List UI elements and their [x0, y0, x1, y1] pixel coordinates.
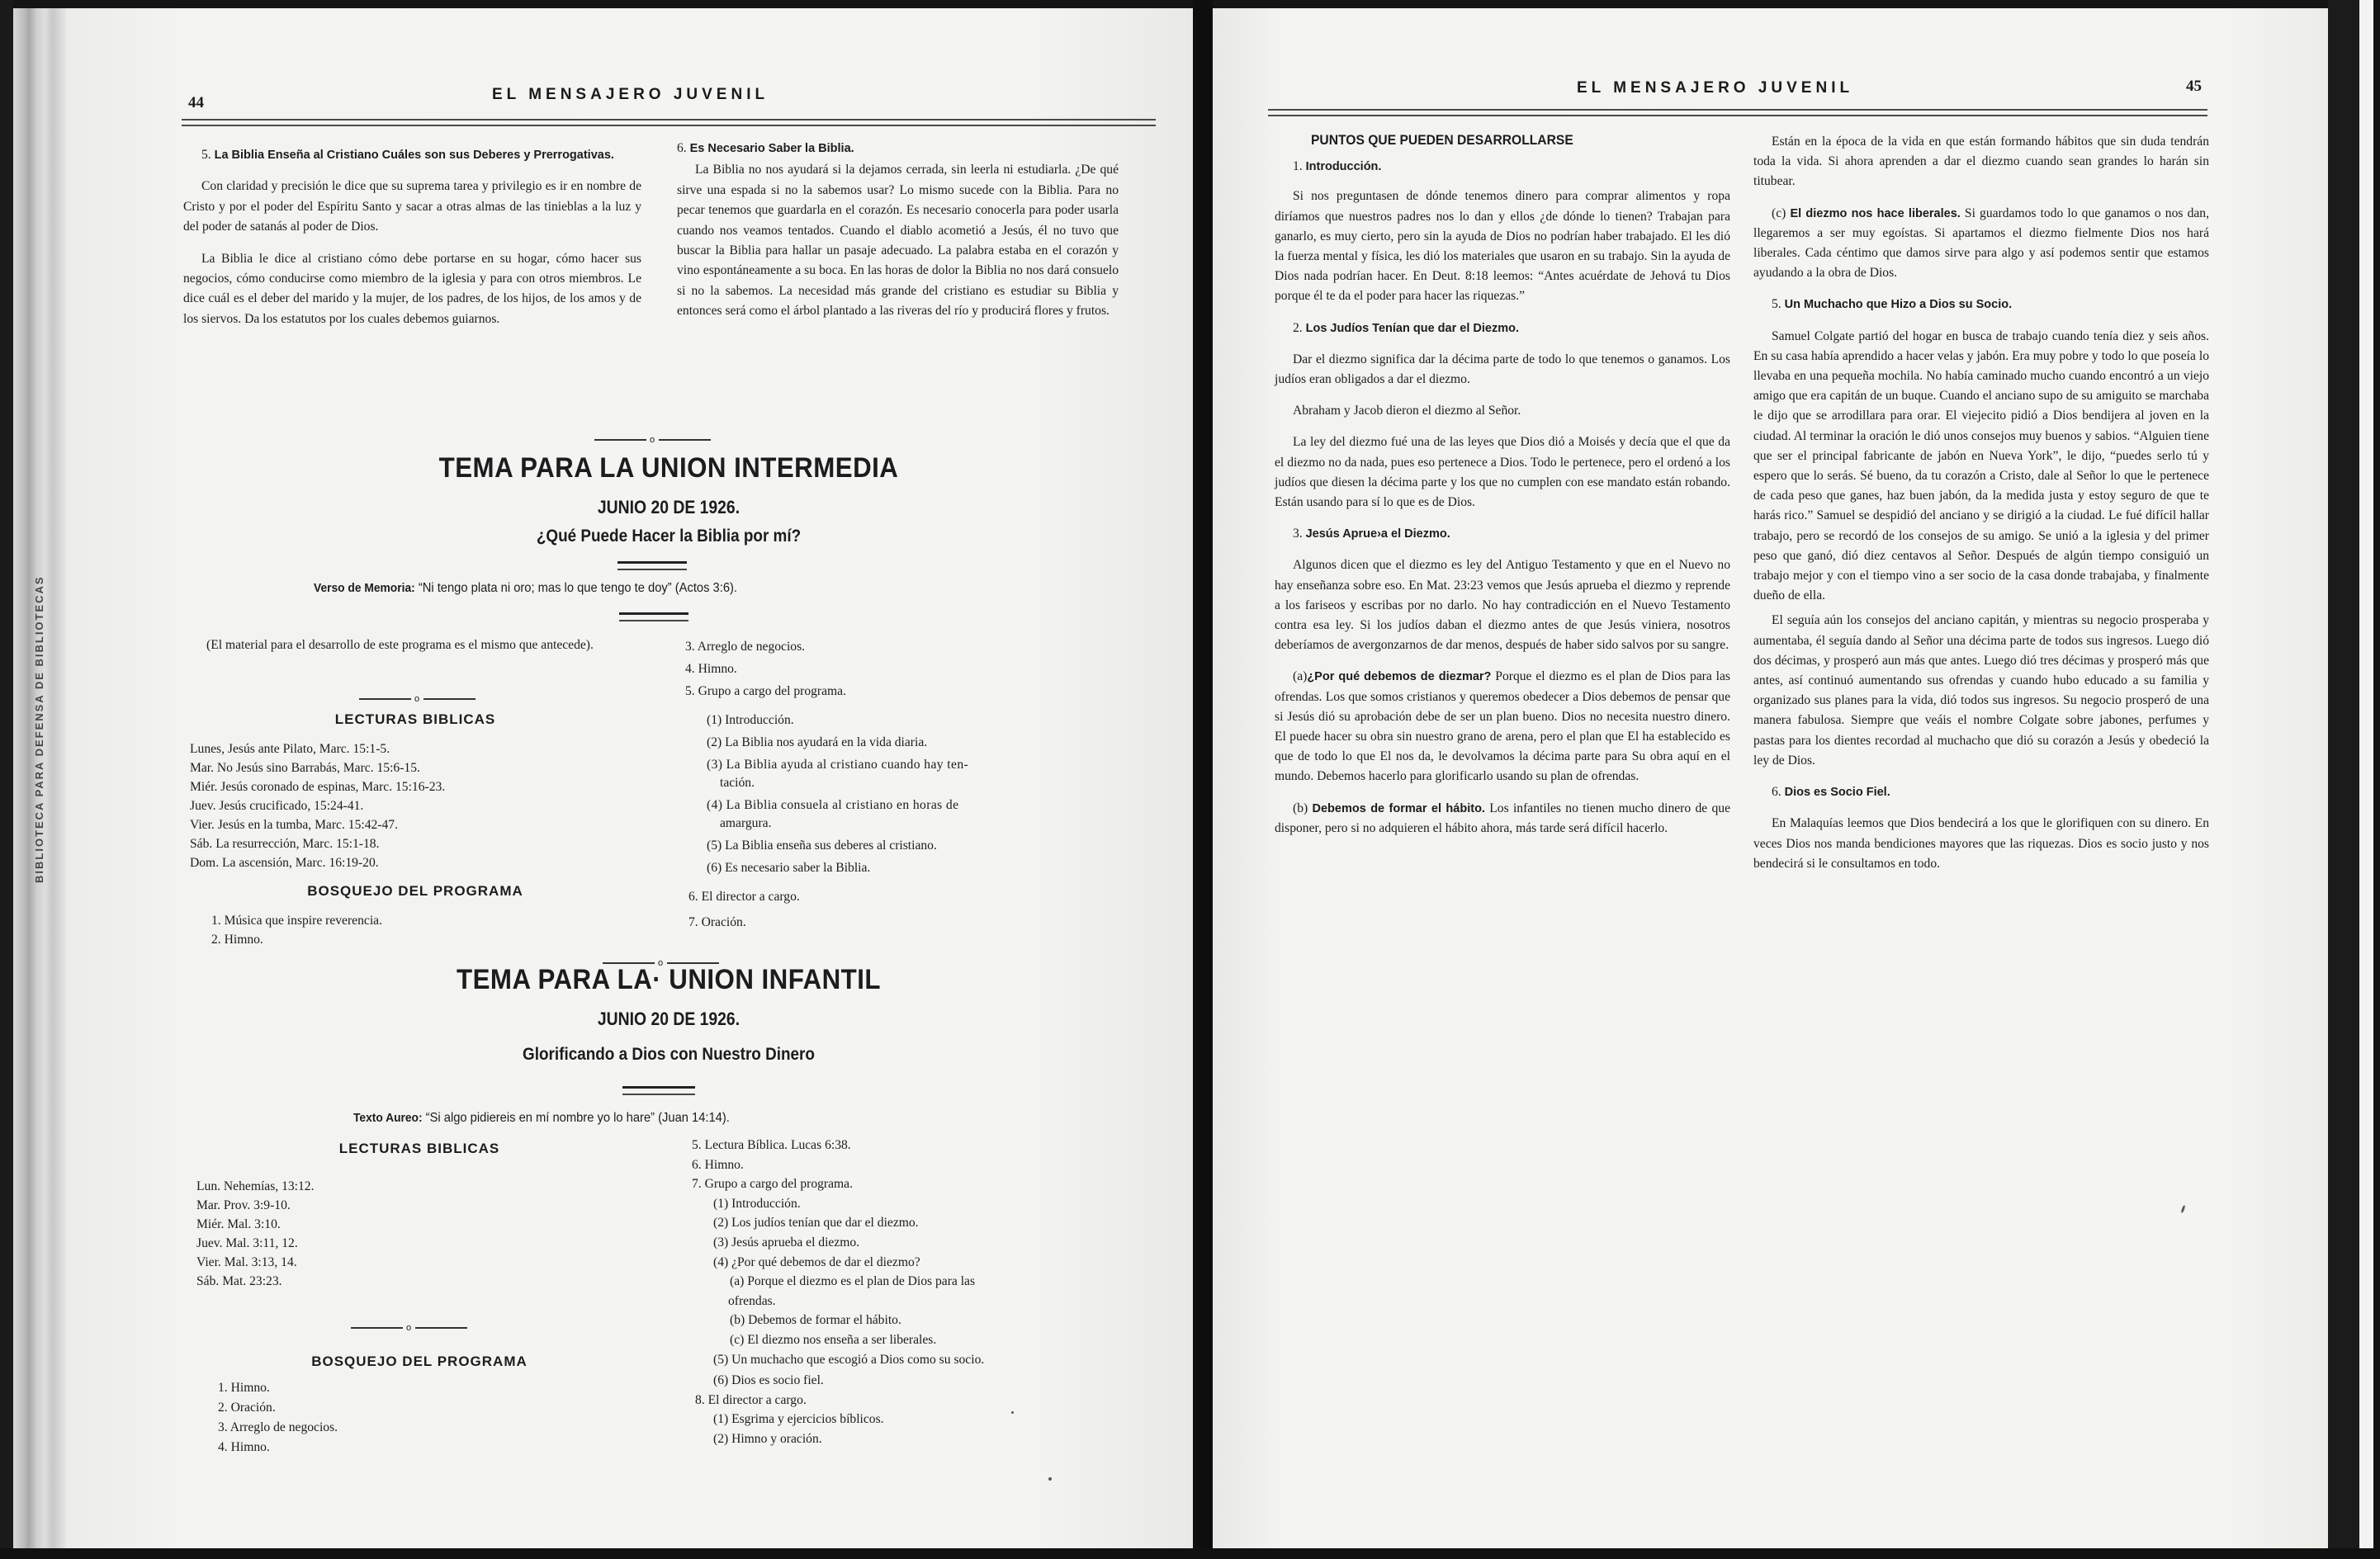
binding-stamp-text: BIBLIOTECA PARA DEFENSA DE BIBLIOTECAS	[33, 388, 50, 883]
infantil-subtitle: Glorificando a Dios con Nuestro Dinero	[230, 1045, 1107, 1065]
infantil-readings-list: Lun. Nehemías, 13:12. Mar. Prov. 3:9-10.…	[196, 1177, 314, 1291]
intermedia-subtitle: ¿Qué Puede Hacer la Biblia por mí?	[230, 527, 1107, 546]
paragraph: Están en la época de la vida en que está…	[1753, 132, 2209, 192]
outline-subitem: (1) Introducción.	[692, 1194, 984, 1214]
outline-subitem: (2) Los judíos tenían que dar el diezmo.	[692, 1213, 984, 1233]
section-heading: 6. Es Necesario Saber la Biblia.	[677, 139, 1119, 158]
infantil-outline-left: 1. Himno. 2. Oración. 3. Arreglo de nego…	[218, 1378, 338, 1457]
infantil-outline-right: 5. Lectura Bíblica. Lucas 6:38. 6. Himno…	[692, 1136, 984, 1449]
section-heading: 1. Introducción.	[1275, 157, 1730, 177]
scan-edge-left	[0, 0, 13, 1559]
paragraph: Samuel Colgate partió del hogar en busca…	[1753, 327, 2209, 607]
reading-item: Sáb. La resurrección, Marc. 15:1-18.	[190, 834, 445, 853]
intermedia-outline-title: BOSQUEJO DEL PROGRAMA	[188, 883, 642, 900]
paragraph: Con claridad y precisión le dice que su …	[183, 177, 641, 237]
reading-item: Miér. Jesús coronado de espinas, Marc. 1…	[190, 777, 445, 796]
intermedia-title: TEMA PARA LA UNION INTERMEDIA	[220, 452, 1117, 484]
outline-subitem: (5) La Biblia enseña sus deberes al cris…	[685, 834, 968, 857]
outline-item: 7. Grupo a cargo del programa.	[692, 1174, 984, 1194]
separator-ornament: o	[355, 692, 479, 705]
page-number-right: 45	[2186, 78, 2202, 96]
outline-item: 1. Música que inspire reverencia.	[211, 911, 382, 930]
reading-item: Juev. Jesús crucificado, 15:24-41.	[190, 796, 445, 815]
outline-subitem: (1) Introducción.	[685, 709, 968, 731]
outline-subitem: (4) ¿Por qué debemos de dar el diezmo?	[692, 1253, 984, 1273]
infantil-title: TEMA PARA LA· UNION INFANTIL	[220, 964, 1117, 996]
scan-speck	[1048, 1477, 1052, 1481]
outline-item: 8. El director a cargo.	[692, 1391, 984, 1410]
reading-item: Mar. Prov. 3:9-10.	[196, 1196, 314, 1215]
intermedia-outline-right: 3. Arreglo de negocios. 4. Himno. 5. Gru…	[685, 635, 968, 933]
reading-item: Lun. Nehemías, 13:12.	[196, 1177, 314, 1196]
outline-subitem: (6) Dios es socio fiel.	[692, 1371, 984, 1391]
reading-item: Mar. No Jesús sino Barrabás, Marc. 15:6-…	[190, 758, 445, 777]
running-head-right: EL MENSAJERO JUVENIL	[1577, 79, 1853, 97]
page-number-left: 44	[188, 94, 204, 112]
item-c-paragraph: (c) El diezmo nos hace liberales. Si gua…	[1753, 204, 2209, 284]
reading-item: Lunes, Jesús ante Pilato, Marc. 15:1-5.	[190, 739, 445, 758]
points-title: PUNTOS QUE PUEDEN DESARROLLARSE	[1311, 130, 1696, 150]
scan-speck	[1011, 1411, 1014, 1414]
reading-item: Sáb. Mat. 23:23.	[196, 1272, 314, 1291]
item-a-paragraph: (a)¿Por qué debemos de diezmar? Porque e…	[1275, 667, 1730, 787]
right-page-right-column: Están en la época de la vida en que está…	[1753, 132, 2209, 886]
outline-item: 6. Himno.	[692, 1155, 984, 1175]
section-heading: 6. Dios es Socio Fiel.	[1753, 782, 2209, 802]
infantil-date: JUNIO 20 DE 1926.	[240, 1009, 1097, 1030]
section-heading: 5. La Biblia Enseña al Cristiano Cuáles …	[183, 145, 641, 165]
paragraph: Algunos dicen que el diezmo es ley del A…	[1275, 555, 1730, 655]
right-page-left-column: PUNTOS QUE PUEDEN DESARROLLARSE 1. Intro…	[1275, 130, 1730, 850]
header-rule-left	[182, 119, 1156, 126]
outline-item: 4. Himno.	[685, 658, 968, 680]
outline-item: 7. Oración.	[685, 911, 968, 933]
header-rule-right	[1268, 109, 2207, 116]
paragraph: Si nos preguntasen de dónde tenemos dine…	[1275, 187, 1730, 306]
outline-subsubitem: (a) Porque el diezmo es el plan de Dios …	[692, 1272, 984, 1292]
outline-item: 3. Arreglo de negocios.	[218, 1418, 338, 1438]
intermedia-date: JUNIO 20 DE 1926.	[240, 497, 1097, 518]
outline-item: 4. Himno.	[218, 1438, 338, 1457]
outline-item: 5. Grupo a cargo del programa.	[685, 680, 968, 702]
separator-ornament: o	[347, 1320, 471, 1334]
paragraph: La ley del diezmo fué una de las leyes q…	[1275, 432, 1730, 513]
infantil-readings-title: LECTURAS BIBLICAS	[188, 1141, 651, 1157]
item-b-paragraph: (b) Debemos de formar el hábito. Los inf…	[1275, 799, 1730, 839]
intermedia-readings-list: Lunes, Jesús ante Pilato, Marc. 15:1-5. …	[190, 739, 445, 872]
reading-item: Dom. La ascensión, Marc. 16:19-20.	[190, 853, 445, 872]
outline-subitem: (1) Esgrima y ejercicios bíblicos.	[692, 1410, 984, 1429]
scan-edge-bottom	[0, 1548, 2380, 1559]
running-head-left: EL MENSAJERO JUVENIL	[492, 86, 769, 104]
outline-subsubitem: (b) Debemos de formar el hábito.	[692, 1311, 984, 1330]
memory-verse: Verso de Memoria: “Ni tengo plata ni oro…	[314, 581, 737, 596]
outline-item: 2. Oración.	[218, 1398, 338, 1418]
intermedia-outline-left: 1. Música que inspire reverencia. 2. Him…	[211, 911, 382, 949]
scan-edge-right-strip	[2359, 0, 2373, 1559]
reading-item: Vier. Jesús en la tumba, Marc. 15:42-47.	[190, 815, 445, 834]
outline-item: 1. Himno.	[218, 1378, 338, 1398]
outline-subitem: (6) Es necesario saber la Biblia.	[685, 857, 968, 879]
paragraph: La Biblia le dice al cristiano cómo debe…	[183, 249, 641, 330]
paragraph: El seguía aún los consejos del anciano c…	[1753, 611, 2209, 771]
paragraph: Abraham y Jacob dieron el diezmo al Seño…	[1275, 401, 1730, 421]
ornament-bar	[619, 612, 688, 621]
outline-item: 5. Lectura Bíblica. Lucas 6:38.	[692, 1136, 984, 1155]
separator-ornament: o	[590, 432, 714, 446]
outline-subitem: (2) Himno y oración.	[692, 1429, 984, 1449]
outline-item: 2. Himno.	[211, 930, 382, 949]
outline-subsubitem-cont: ofrendas.	[692, 1292, 984, 1311]
section-heading: 3. Jesús Aprue›a el Diezmo.	[1275, 524, 1730, 544]
infantil-outline-title: BOSQUEJO DEL PROGRAMA	[188, 1353, 651, 1370]
outline-subitem: (2) La Biblia nos ayudará en la vida dia…	[685, 731, 968, 754]
outline-item: 3. Arreglo de negocios.	[685, 635, 968, 658]
section-heading: 5. Un Muchacho que Hizo a Dios su Socio.	[1753, 295, 2209, 314]
section-heading: 2. Los Judíos Tenían que dar el Diezmo.	[1275, 319, 1730, 338]
paragraph: Dar el diezmo significa dar la décima pa…	[1275, 350, 1730, 390]
ornament-bar	[617, 561, 687, 570]
book-gutter	[1193, 0, 1213, 1559]
left-col-section-6: 6. Es Necesario Saber la Biblia. La Bibl…	[677, 139, 1119, 333]
reading-item: Vier. Mal. 3:13, 14.	[196, 1253, 314, 1272]
paragraph: En Malaquías leemos que Dios bendecirá a…	[1753, 814, 2209, 874]
reading-item: Miér. Mal. 3:10.	[196, 1215, 314, 1234]
intermedia-readings-title: LECTURAS BIBLICAS	[188, 711, 642, 728]
outline-subsubitem: (c) El diezmo nos enseña a ser liberales…	[692, 1330, 984, 1350]
outline-subitem: (5) Un muchacho que escogió a Dios como …	[692, 1350, 984, 1370]
scan-edge-right	[2328, 0, 2359, 1559]
intermedia-note: (El material para el desarrollo de este …	[188, 635, 642, 667]
left-col-section-5: 5. La Biblia Enseña al Cristiano Cuáles …	[183, 145, 641, 341]
scan-edge-right-outer	[2373, 0, 2380, 1559]
outline-item: 6. El director a cargo.	[685, 886, 968, 908]
ornament-bar	[622, 1086, 695, 1095]
golden-text: Texto Aureo: “Si algo pidiereis en mí no…	[353, 1111, 730, 1126]
outline-subitem: (3) Jesús aprueba el diezmo.	[692, 1233, 984, 1253]
paragraph: La Biblia no nos ayudará si la dejamos c…	[677, 160, 1119, 321]
reading-item: Juev. Mal. 3:11, 12.	[196, 1234, 314, 1253]
